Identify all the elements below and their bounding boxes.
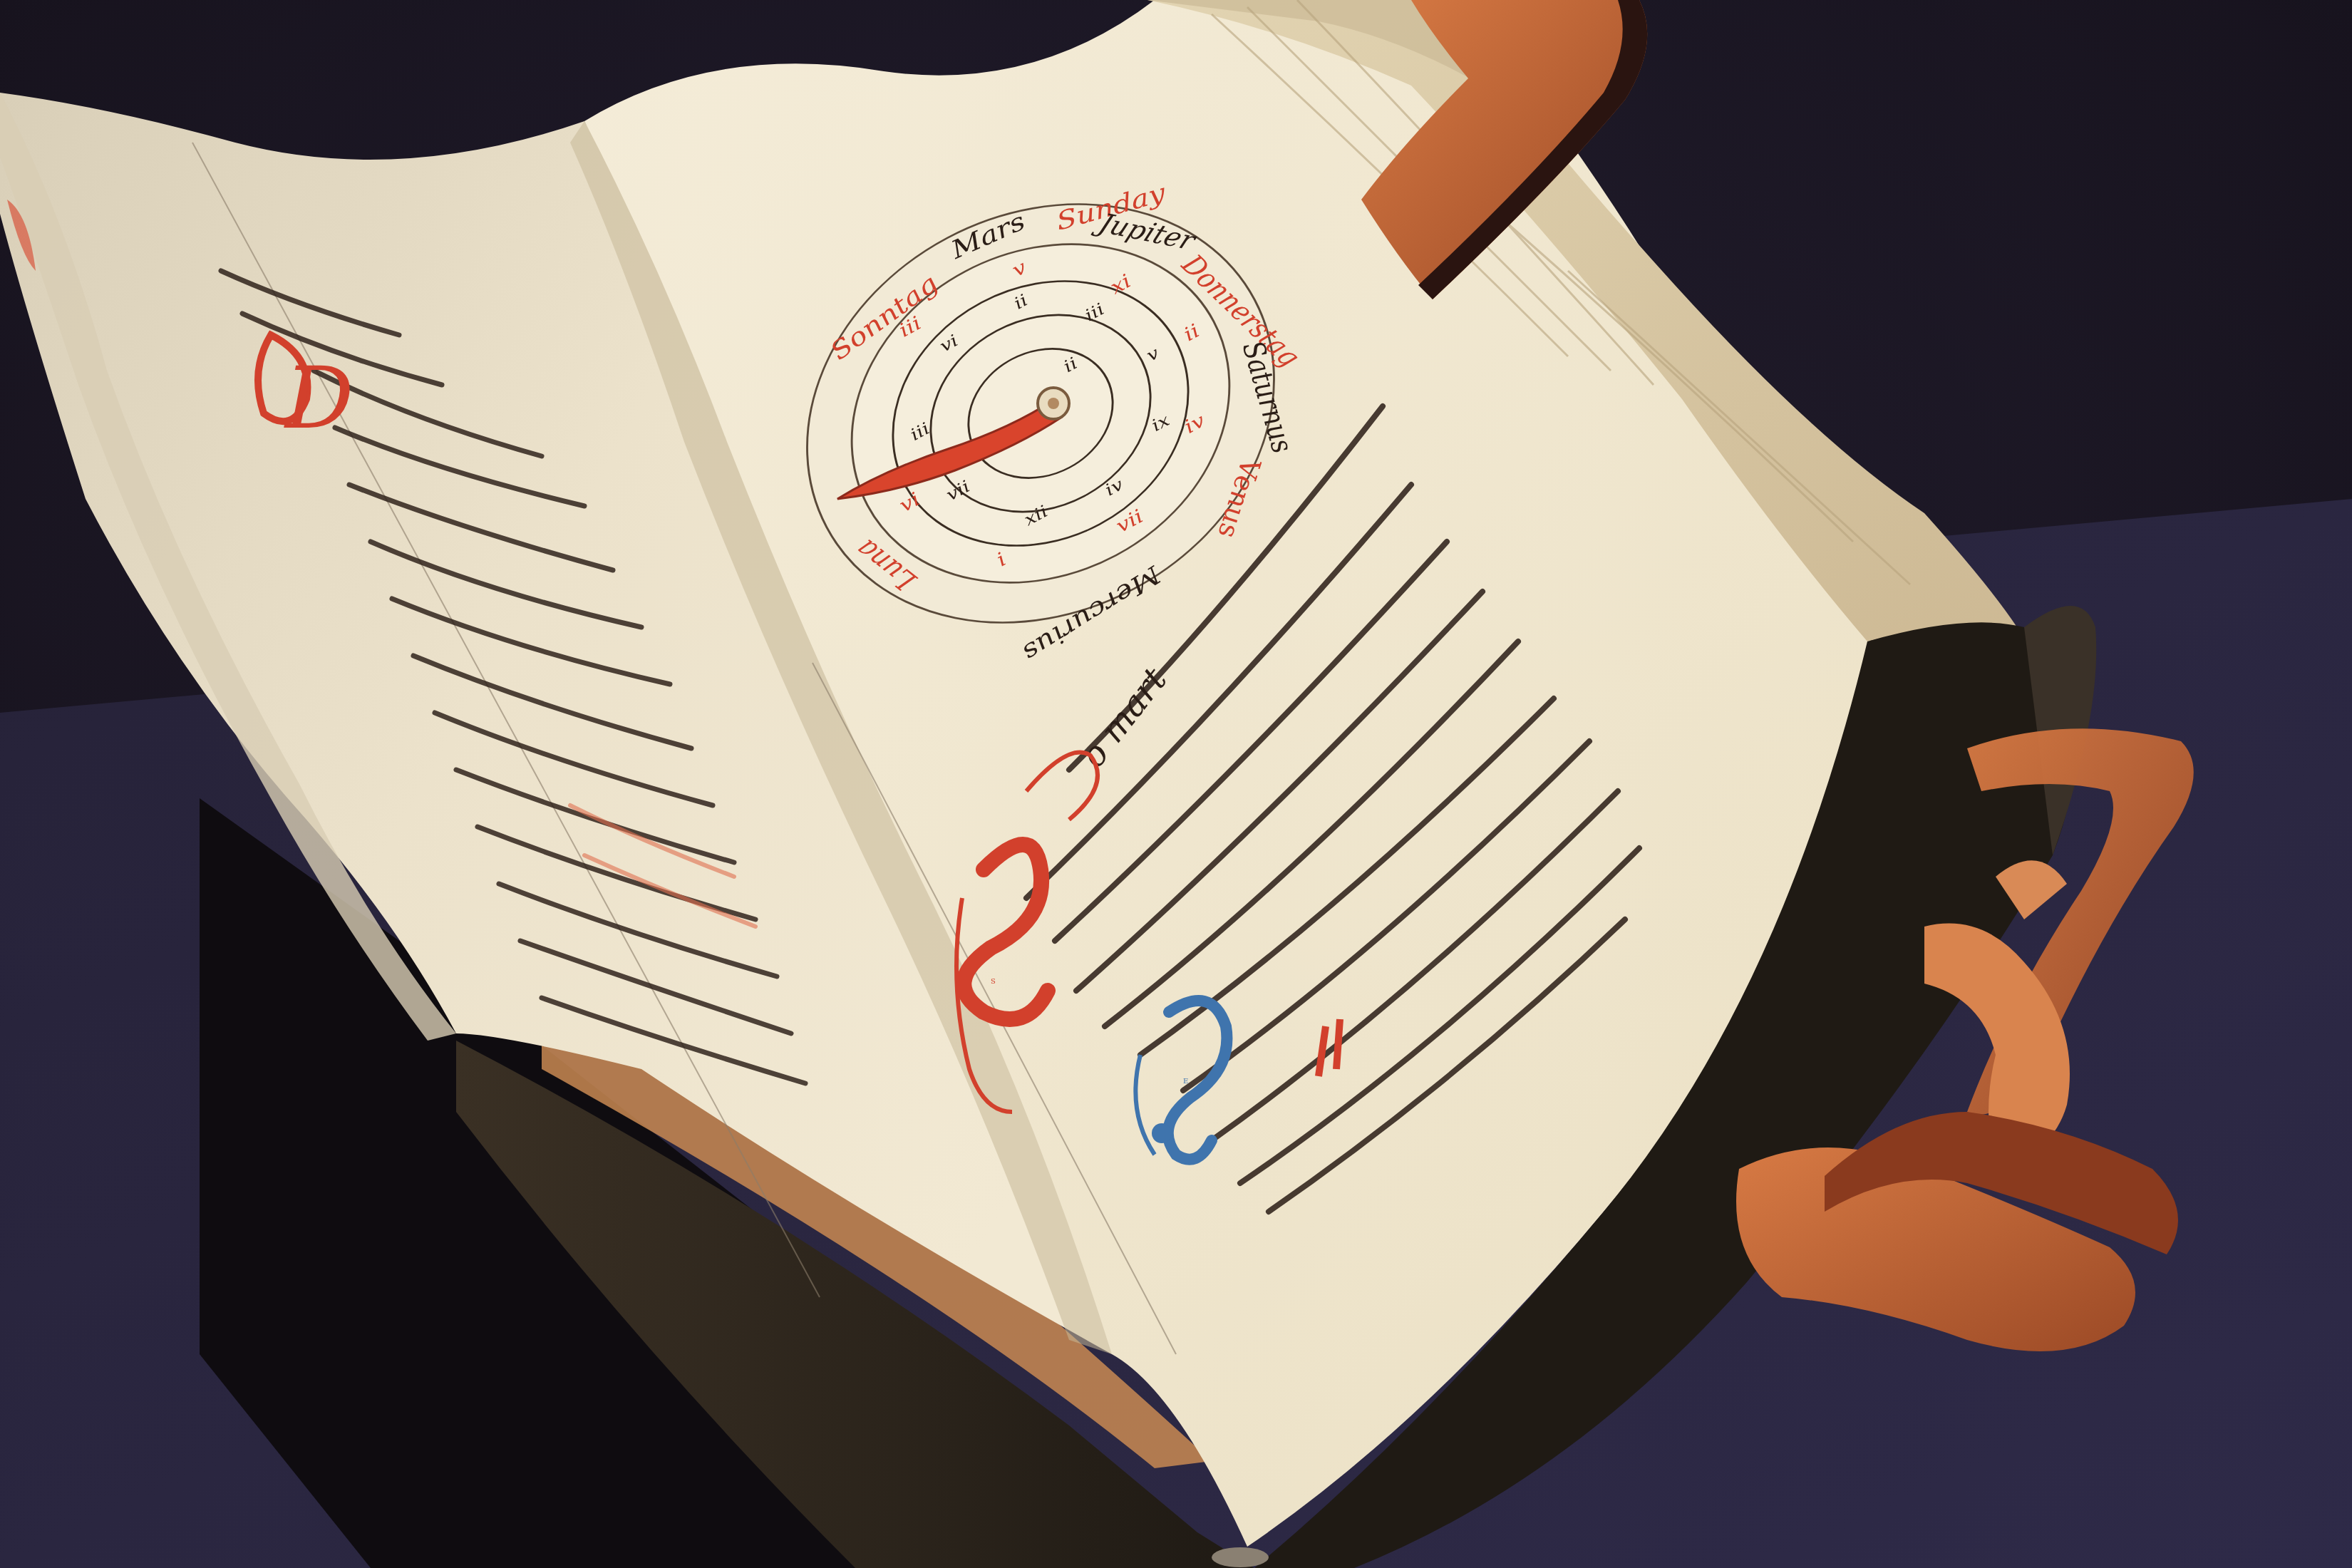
- initial-letter-s: S: [991, 978, 996, 986]
- manuscript-photo: D Sonntag Mars Sunday Jupiter Donnerstag…: [0, 0, 2352, 1568]
- initial-letter-e: E: [1183, 1078, 1188, 1085]
- left-initial-letter: D: [284, 349, 354, 448]
- clasp-icon: [1212, 1547, 1269, 1567]
- photo-canvas: D Sonntag Mars Sunday Jupiter Donnerstag…: [0, 0, 2352, 1568]
